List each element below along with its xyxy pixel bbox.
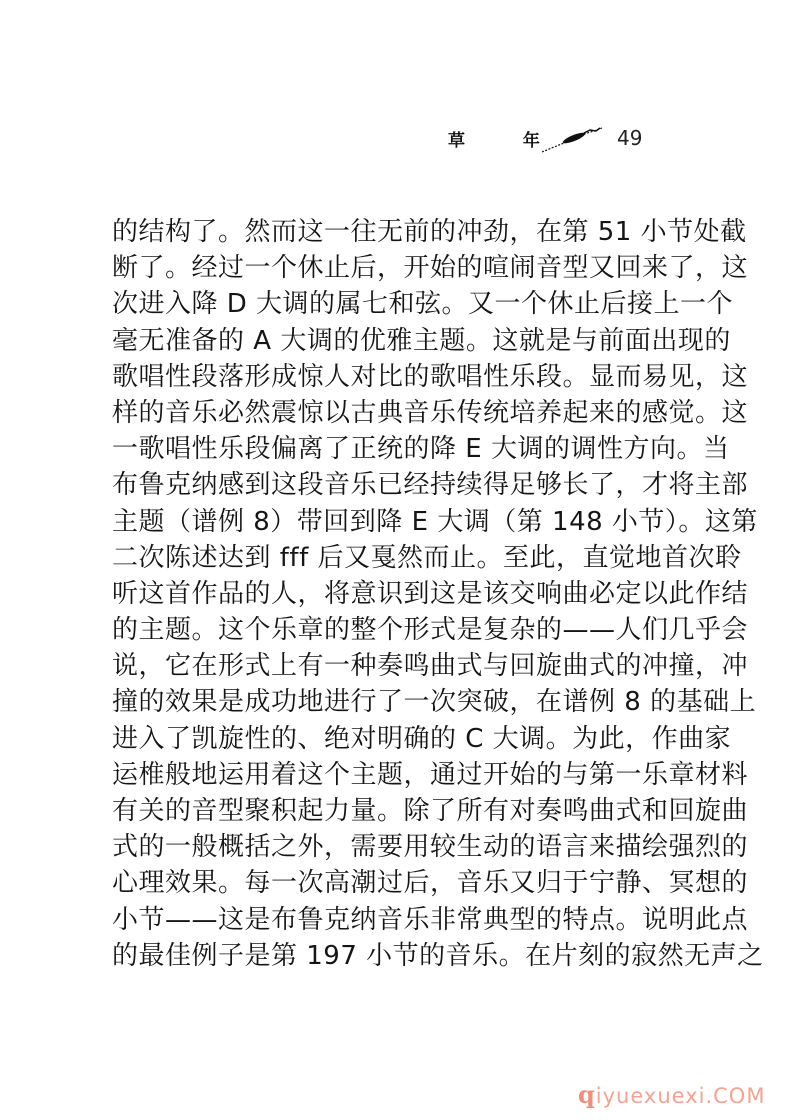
watermark: qiyuexuexi.COM [578,1080,765,1109]
watermark-text: iyuexuexi.COM [596,1084,766,1108]
text-line: 一歌唱性乐段偏离了正统的降 E 大调的调性方向。当 [112,431,672,467]
page-number: 49 [617,126,642,150]
text-line: 毫无准备的 A 大调的优雅主题。这就是与前面出现的 [112,323,672,359]
text-line: 布鲁克纳感到这段音乐已经持续得足够长了，才将主部 [112,467,672,503]
text-line: 小节——这是布鲁克纳音乐非常典型的特点。说明此点 [112,902,672,938]
flourish-ornament-icon [540,126,604,154]
text-line: 断了。经过一个休止后，开始的喧闹音型又回来了，这 [112,250,672,286]
text-line: 撞的效果是成功地进行了一次突破，在谱例 8 的基础上 [112,684,672,720]
text-line: 进入了凯旋性的、绝对明确的 C 大调。为此，作曲家 [112,721,672,757]
text-line: 的结构了。然而这一往无前的冲劲，在第 51 小节处截 [112,214,672,250]
text-line: 运椎般地运用着这个主题，通过开始的与第一乐章材料 [112,757,672,793]
text-line: 有关的音型聚积起力量。除了所有对奏鸣曲式和回旋曲 [112,793,672,829]
text-line: 的最佳例子是第 197 小节的音乐。在片刻的寂然无声之 [112,938,672,974]
text-line: 心理效果。每一次高潮过后，音乐又归于宁静、冥想的 [112,865,672,901]
text-line: 主题（谱例 8）带回到降 E 大调（第 148 小节）。这第 [112,504,672,540]
text-line: 二次陈述达到 fff 后又戛然而止。至此，直觉地首次聆 [112,540,672,576]
page-header: 草 年 49 [0,122,794,162]
text-line: 听这首作品的人，将意识到这是该交响曲必定以此作结 [112,576,672,612]
text-line: 样的音乐必然震惊以古典音乐传统培养起来的感觉。这 [112,395,672,431]
text-line: 的主题。这个乐章的整个形式是复杂的——人们几乎会 [112,612,672,648]
body-text: 的结构了。然而这一往无前的冲劲，在第 51 小节处截断了。经过一个休止后，开始的… [112,214,672,974]
text-line: 歌唱性段落形成惊人对比的歌唱性乐段。显而易见，这 [112,359,672,395]
text-line: 式的一般概括之外，需要用较生动的语言来描绘强烈的 [112,829,672,865]
watermark-logo-letter: q [578,1080,596,1109]
text-line: 次进入降 D 大调的属七和弦。又一个休止后接上一个 [112,286,672,322]
text-line: 说，它在形式上有一种奏鸣曲式与回旋曲式的冲撞，冲 [112,648,672,684]
